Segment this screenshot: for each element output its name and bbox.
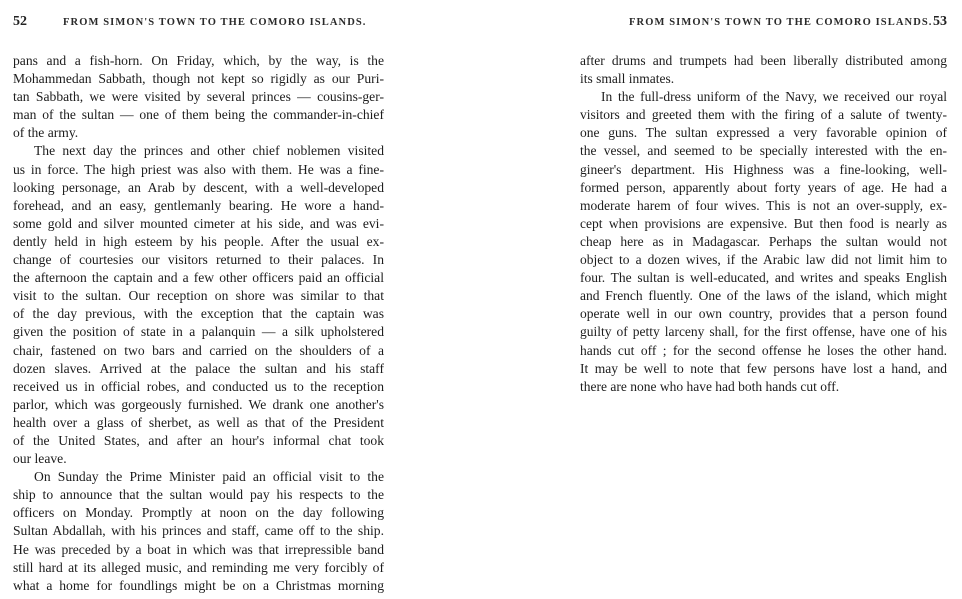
text-line: It may be well to note that few persons … (580, 360, 947, 378)
text-line: chair, fastened on two bars and carried … (13, 342, 384, 360)
text-line: hands cut off ; for the second offense h… (580, 342, 947, 360)
text-line: forehead, and an easy, gentlemanly beari… (13, 197, 384, 215)
text-line: us in force. The high priest was also wi… (13, 161, 384, 179)
text-line: gineer's department. His Highness was a … (580, 161, 947, 179)
text-line: cheap here as in Madagascar. Perhaps the… (580, 233, 947, 251)
text-line: formed person, apparently about forty ye… (580, 179, 947, 197)
text-line: of the United States, and after an hour'… (13, 432, 384, 450)
text-line: after drums and trumpets had been libera… (580, 52, 947, 70)
text-line: object to a dozen wives, if the Arabic l… (580, 251, 947, 269)
text-line: officers on Monday. Promptly at noon on … (13, 504, 384, 522)
text-line: health over a glass of sherbet, as well … (13, 414, 384, 432)
text-line: one guns. The sultan expressed a very fa… (580, 124, 947, 142)
text-line: some gold and silver mounted cimeter at … (13, 215, 384, 233)
text-line: guilty of petty larceny shall, for the f… (580, 323, 947, 341)
text-line: there are none who have had both hands c… (580, 378, 947, 396)
text-line: four. The sultan is well-educated, and w… (580, 269, 947, 287)
text-line: what a home for foundlings might be on a… (13, 577, 384, 595)
text-line: our leave. (13, 450, 384, 468)
text-line: pans and a fish-horn. On Friday, which, … (13, 52, 384, 70)
text-line: the vessel, and seemed to be specially i… (580, 142, 947, 160)
text-line: Sultan Abdallah, with his princes and st… (13, 522, 384, 540)
text-line: visit to the sultan. Our reception on sh… (13, 287, 384, 305)
text-line: given the position of state in a palanqu… (13, 323, 384, 341)
text-line: received us in official robes, and condu… (13, 378, 384, 396)
text-line: of the day previous, with the exception … (13, 305, 384, 323)
text-line: visitors and greeted them with the firin… (580, 106, 947, 124)
text-line: and French fluently. One of the laws of … (580, 287, 947, 305)
text-line: operate well in our own country, provide… (580, 305, 947, 323)
text-line: the afternoon the captain and a few othe… (13, 269, 384, 287)
text-line: Mohammedan Sabbath, though not kept so r… (13, 70, 384, 88)
text-line: man of the sultan — one of them being th… (13, 106, 384, 124)
text-line: tan Sabbath, we were visited by several … (13, 88, 384, 106)
page-number: 52 (13, 14, 27, 30)
text-line: moderate harem of four wives. This is no… (580, 197, 947, 215)
text-line: dently held in high esteem by his people… (13, 233, 384, 251)
text-line: looking personage, an Arab by descent, w… (13, 179, 384, 197)
text-line: In the full-dress uniform of the Navy, w… (580, 88, 947, 106)
text-line: parlor, which was gorgeously furnished. … (13, 396, 384, 414)
text-line: He was preceded by a boat in which was t… (13, 541, 384, 559)
running-head-left: 52 FROM SIMON'S TOWN TO THE COMORO ISLAN… (13, 14, 384, 32)
text-line: change of courtesies our visitors return… (13, 251, 384, 269)
text-line: dozen slaves. Arrived at the palace the … (13, 360, 384, 378)
right-page-body: after drums and trumpets had been libera… (580, 52, 947, 396)
text-line: cept when provisions are expensive. But … (580, 215, 947, 233)
text-line: On Sunday the Prime Minister paid an off… (13, 468, 384, 486)
left-page-body: pans and a fish-horn. On Friday, which, … (13, 52, 384, 595)
text-line: of the army. (13, 124, 384, 142)
text-line: still hard at its alleged music, and rem… (13, 559, 384, 577)
text-line: ship to announce that the sultan would p… (13, 486, 384, 504)
running-head-right: FROM SIMON'S TOWN TO THE COMORO ISLANDS.… (580, 14, 947, 32)
text-line: The next day the princes and other chief… (13, 142, 384, 160)
page-number: 53 (933, 14, 947, 30)
running-head-title: FROM SIMON'S TOWN TO THE COMORO ISLANDS. (629, 17, 933, 28)
text-line: its small inmates. (580, 70, 947, 88)
running-head-title: FROM SIMON'S TOWN TO THE COMORO ISLANDS. (63, 17, 367, 28)
